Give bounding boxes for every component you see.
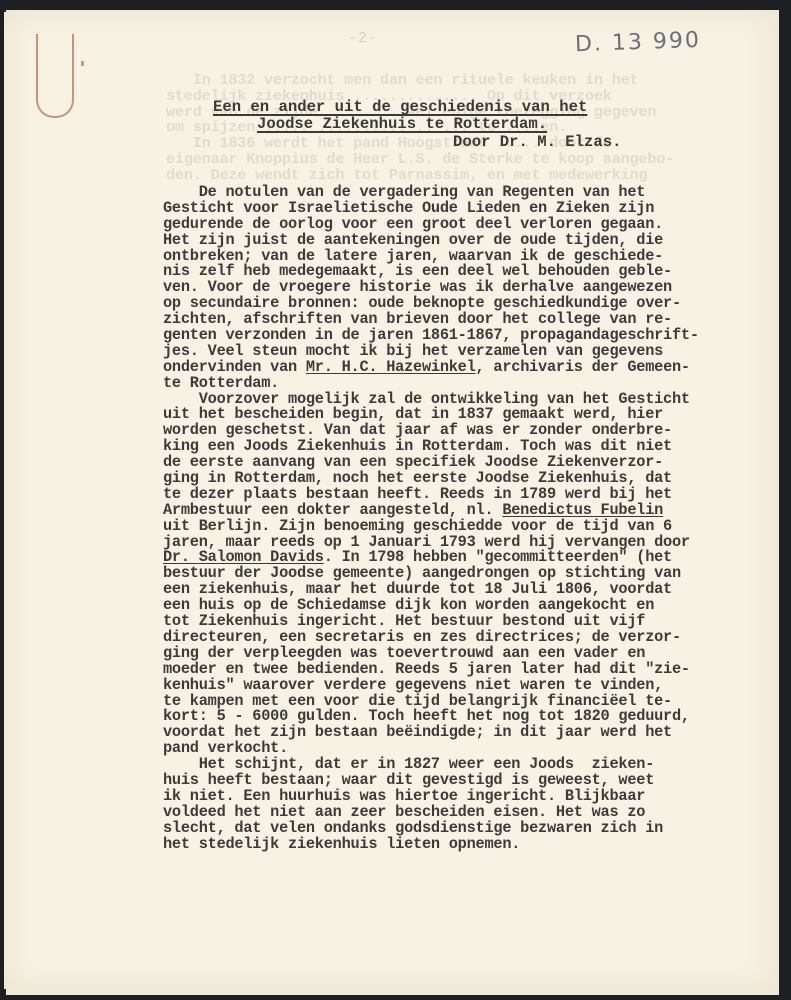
paperclip-mark-icon [36,34,74,118]
rust-mark [81,61,84,66]
underlined-name: Mr. H.C. Hazewinkel [306,358,476,376]
title-line-1: Een en ander uit de geschiedenis van het [213,98,791,116]
archive-number: D. 13 990 [575,28,702,57]
author-line: Door Dr. M. Elzas. [453,133,621,151]
text-line: het stedelijk ziekenhuis lieten opnemen. [163,837,723,853]
title-line-2: Joodse Ziekenhuis te Rotterdam. [257,115,791,133]
body-text: De notulen van de vergadering van Regent… [163,185,723,852]
page-number: -2- [348,30,378,47]
